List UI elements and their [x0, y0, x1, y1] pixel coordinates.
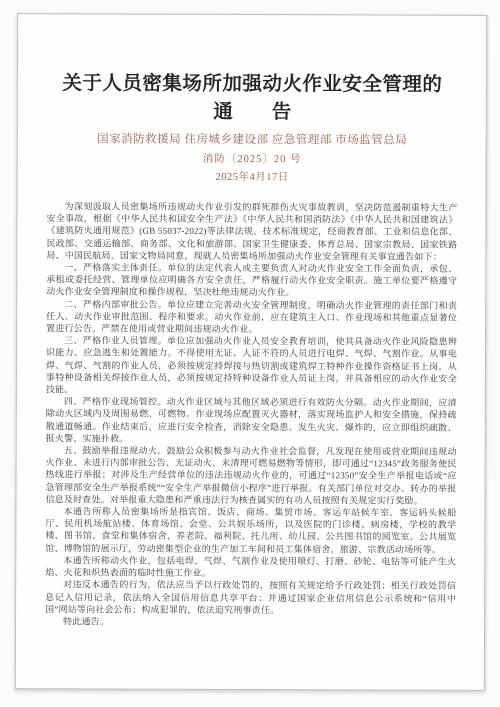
paragraph-penalties: 对违反本通告的行为，依法应当予以行政处罚的，按照有关规定给予行政处罚；相关行政处…: [45, 579, 456, 617]
paragraph-closing: 特此通告。: [45, 615, 456, 629]
document-title-line1: 关于人员密集场所加强动火作业安全管理的: [47, 71, 458, 97]
scan-background: 关于人员密集场所加强动火作业安全管理的 通 告 国家消防救援局 住房城乡建设部 …: [0, 0, 500, 707]
paragraph-item-4: 四、严格作业现场管控。动火作业区域与其他区域必须进行有效防火分隔。动火作业期间，…: [46, 396, 457, 446]
paragraph-definition-places: 本通告所称人员密集场所是指宾馆、饭店、商场、集贸市场、客运车站候车室、客运码头候…: [45, 505, 456, 555]
document-body: 为深刻汲取人员密集场所违规动火作业引发的群死群伤火灾事故教训，坚决防范遏制重特大…: [45, 200, 457, 629]
document-page: 关于人员密集场所加强动火作业安全管理的 通 告 国家消防救援局 住房城乡建设部 …: [15, 13, 487, 691]
document-number: 消防〔2025〕20 号: [47, 152, 458, 167]
paragraph-intro: 为深刻汲取人员密集场所违规动火作业引发的群死群伤火灾事故教训，坚决防范遏制重特大…: [46, 200, 457, 262]
paragraph-item-3: 三、严格作业人员管理。单位应加强动火作业人员安全教育培训，使其具备动火作业风险隐…: [46, 335, 457, 397]
issuing-agencies: 国家消防救援局 住房城乡建设部 应急管理部 市场监管总局: [47, 132, 458, 148]
document-date: 2025年4月17日: [47, 170, 458, 185]
paragraph-item-2: 二、严格内部审批公告。单位应建立完善动火安全管理制度，明确动火作业管理的责任部门…: [46, 298, 457, 336]
paragraph-definition-hotwork: 本通告所称动火作业，包括电焊、气焊、气割作业及使用喷灯、打磨、砂轮、电钻等可能产…: [45, 554, 456, 580]
paragraph-item-1: 一、严格落实主体责任。单位的法定代表人或主要负责人对动火作业安全工作全面负责，承…: [46, 261, 457, 299]
paragraph-item-5: 五、鼓励举报违规动火。鼓励公众积极参与动火作业社会监督，凡发现在使用或营业期间违…: [45, 444, 456, 506]
document-title-line2: 通 告: [47, 99, 458, 125]
